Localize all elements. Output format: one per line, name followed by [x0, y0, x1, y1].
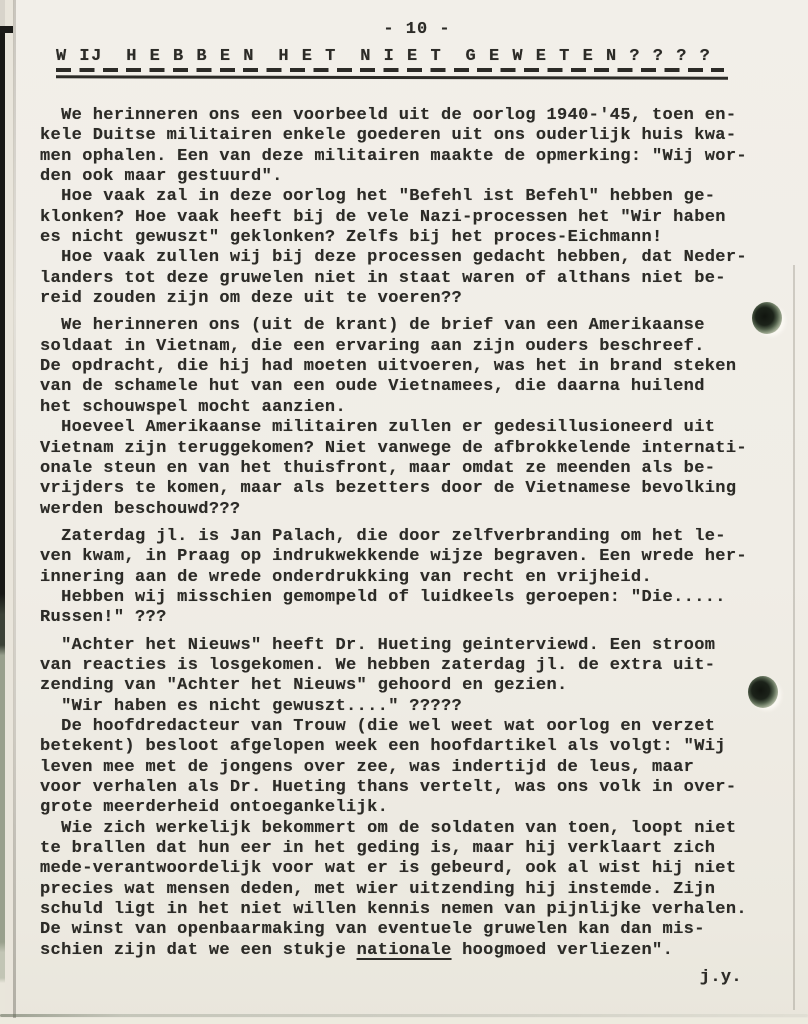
text-segment: schien zijn dat we een stukje [40, 941, 357, 960]
text-line: kele Duitse militairen enkele goederen u… [40, 126, 752, 146]
text-line: voor verhalen als Dr. Hueting thans vert… [40, 778, 752, 798]
paragraphs-container: We herinneren ons een voorbeeld uit de o… [40, 106, 752, 961]
text-line: Vietnam zijn teruggekomen? Niet vanwege … [40, 439, 752, 459]
text-line: Wie zich werkelijk bekommert om de solda… [40, 819, 752, 839]
text-line: reid zouden zijn om deze uit te voeren?? [40, 289, 752, 309]
text-line: Russen!" ??? [40, 608, 752, 628]
text-line: Hoeveel Amerikaanse militairen zullen er… [40, 418, 752, 438]
text-line: mede-verantwoordelijk voor wat er is geb… [40, 859, 752, 879]
text-line: Zaterdag jl. is Jan Palach, die door zel… [40, 527, 752, 547]
hole-punch-top [752, 302, 782, 334]
text-line: het schouwspel mocht aanzien. [40, 398, 752, 418]
bottom-page-edge [0, 1014, 808, 1017]
text-line: van reacties is losgekomen. We hebben za… [40, 656, 752, 676]
scanned-document-page: { "page": { "page_number": "- 10 -", "ti… [0, 0, 808, 1024]
text-line: De winst van openbaarmaking van eventuel… [40, 920, 752, 940]
hole-punch-bottom [748, 676, 778, 708]
document-body: We herinneren ons een voorbeeld uit de o… [40, 106, 752, 988]
text-line: men ophalen. Een van deze militairen maa… [40, 147, 752, 167]
text-line: grote meerderheid ontoegankelijk. [40, 798, 752, 818]
text-line: van de schamele hut van een oude Vietnam… [40, 377, 752, 397]
text-line: landers tot deze gruwelen niet in staat … [40, 269, 752, 289]
text-line: schuld ligt in het niet willen kennis ne… [40, 900, 752, 920]
paragraph: Zaterdag jl. is Jan Palach, die door zel… [40, 527, 752, 629]
text-line: De hoofdredacteur van Trouw (die wel wee… [40, 717, 752, 737]
text-line: leven mee met de jongens over zee, was i… [40, 758, 752, 778]
underlined-word: nationale [357, 941, 452, 960]
text-line: soldaat in Vietnam, die een ervaring aan… [40, 337, 752, 357]
text-line: ven kwam, in Praag op indrukwekkende wij… [40, 547, 752, 567]
text-line: vrijders te komen, maar als bezetters do… [40, 479, 752, 499]
title-block: W IJ H E B B E N H E T N I E T G E W E T… [56, 47, 728, 79]
paragraph: We herinneren ons (uit de krant) de brie… [40, 316, 752, 519]
paragraph: "Achter het Nieuws" heeft Dr. Hueting ge… [40, 636, 752, 962]
text-line: es nicht gewuszt" geklonken? Zelfs bij h… [40, 228, 752, 248]
text-line: betekent) besloot afgelopen week een hoo… [40, 737, 752, 757]
text-segment: hoogmoed verliezen". [452, 941, 674, 960]
bottom-paper-strip [0, 1018, 808, 1024]
text-line: We herinneren ons een voorbeeld uit de o… [40, 106, 752, 126]
text-line: onale steun en van het thuisfront, maar … [40, 459, 752, 479]
text-line: werden beschouwd??? [40, 500, 752, 520]
left-gutter-shadow [13, 0, 16, 1024]
text-line: precies wat mensen deden, met wier uitze… [40, 880, 752, 900]
text-line: We herinneren ons (uit de krant) de brie… [40, 316, 752, 336]
text-line: klonken? Hoe vaak heeft bij de vele Nazi… [40, 208, 752, 228]
text-line: den ook maar gestuurd". [40, 167, 752, 187]
text-line: "Achter het Nieuws" heeft Dr. Hueting ge… [40, 636, 752, 656]
text-line: schien zijn dat we een stukje nationale … [40, 941, 752, 961]
paragraph: We herinneren ons een voorbeeld uit de o… [40, 106, 752, 309]
text-line: innering aan de wrede onderdrukking van … [40, 568, 752, 588]
page-number: - 10 - [0, 20, 808, 39]
text-line: Hoe vaak zal in deze oorlog het "Befehl … [40, 187, 752, 207]
document-title: W IJ H E B B E N H E T N I E T G E W E T… [56, 47, 728, 66]
text-line: Hoe vaak zullen wij bij deze processen g… [40, 248, 752, 268]
text-line: De opdracht, die hij had moeten uitvoere… [40, 357, 752, 377]
title-underline-rule [56, 75, 728, 79]
text-line: "Wir haben es nicht gewuszt...." ????? [40, 697, 752, 717]
text-line: te brallen dat hun eer in het geding is,… [40, 839, 752, 859]
text-line: zending van "Achter het Nieuws" gehoord … [40, 676, 752, 696]
right-page-edge [793, 265, 795, 1010]
title-underline-dashes [56, 68, 724, 72]
text-line: Hebben wij misschien gemompeld of luidke… [40, 588, 752, 608]
signature: j.y. [40, 968, 752, 988]
